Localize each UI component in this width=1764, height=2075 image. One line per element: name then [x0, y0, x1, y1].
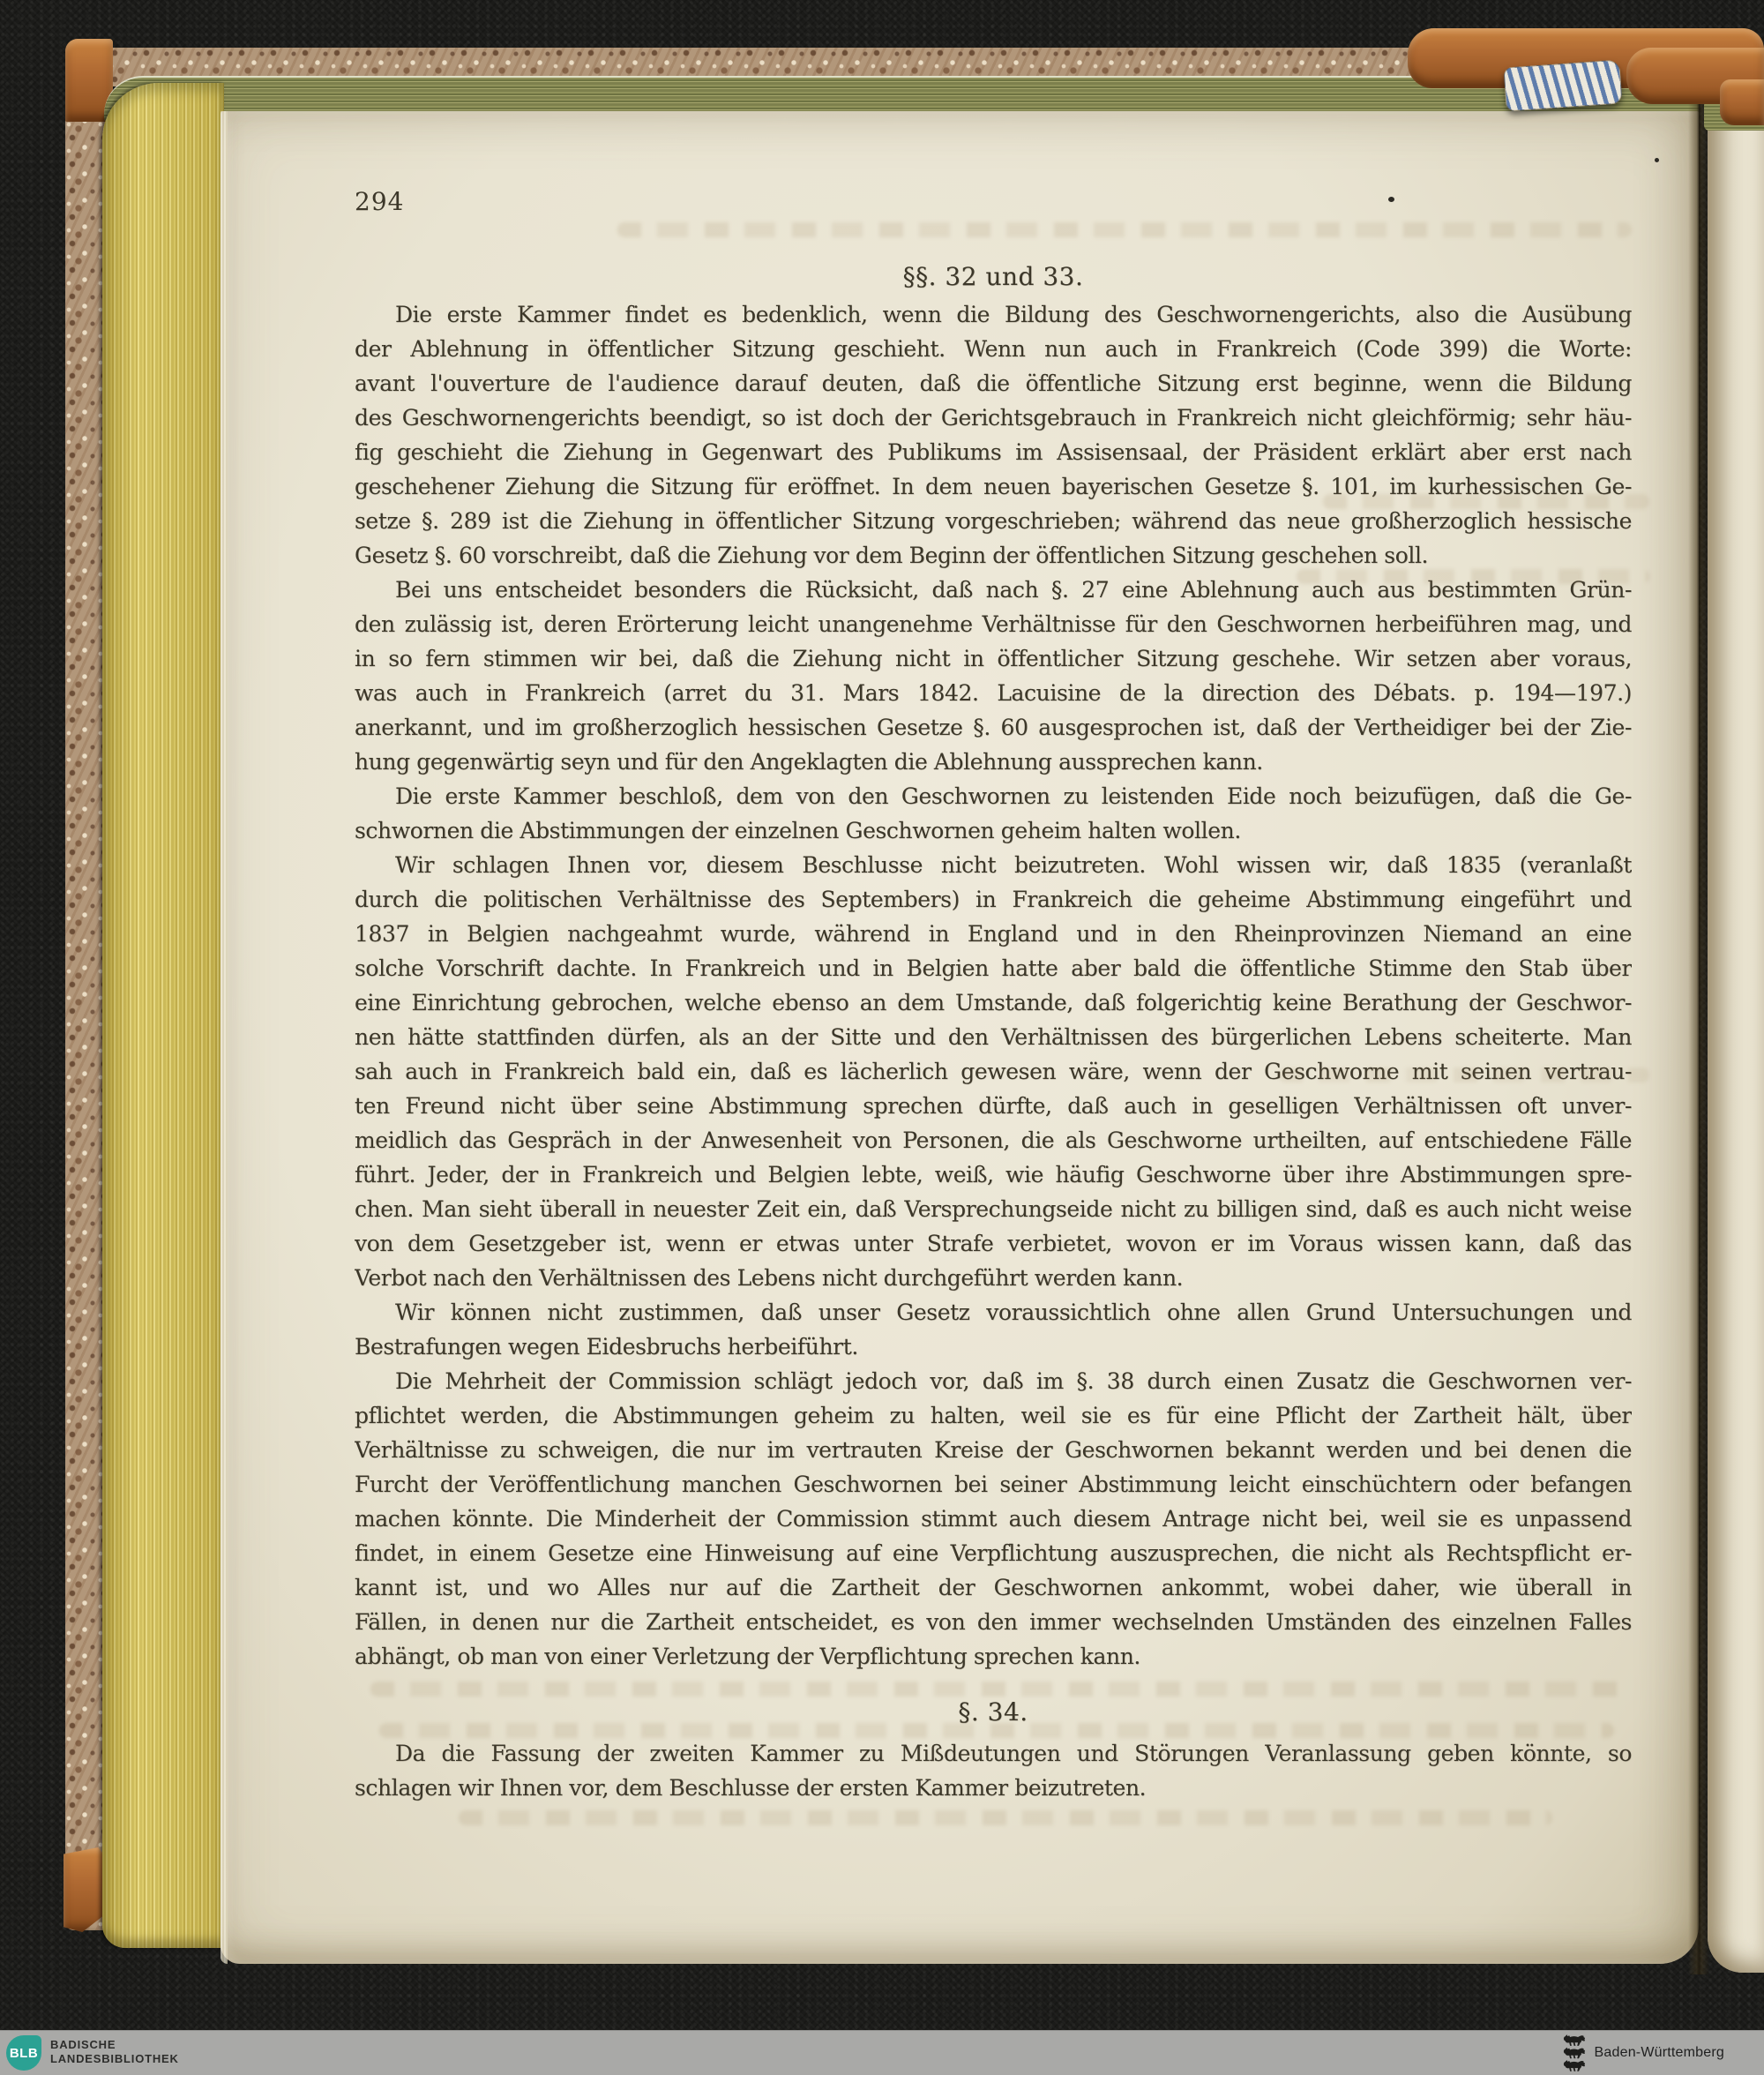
page-number: 294	[355, 187, 404, 216]
book-block-fore-edge	[102, 83, 224, 1948]
state-label: Baden-Württemberg	[1595, 2045, 1724, 2061]
text-line: Gesetz §. 60 vorschreibt, daß die Ziehun…	[355, 538, 1632, 573]
text-line: Die Mehrheit der Commission schlägt jedo…	[355, 1364, 1632, 1398]
library-name-line1: BADISCHE	[50, 2038, 179, 2052]
library-footer-bar: BLB BADISCHE LANDESBIBLIOTHEK Baden-Würt…	[0, 2030, 1764, 2075]
text-line: pflichtet werden, die Abstimmungen gehei…	[355, 1398, 1632, 1433]
scanned-book-view: 294 §§. 32 und 33.Die erste Kammer finde…	[0, 0, 1764, 2075]
text-line: Fällen, in denen nur die Zartheit entsch…	[355, 1605, 1632, 1639]
text-block: §§. 32 und 33.Die erste Kammer findet es…	[355, 259, 1632, 1805]
text-line: durch die politischen Verhältnisse des S…	[355, 882, 1632, 917]
library-name: BADISCHE LANDESBIBLIOTHEK	[50, 2038, 179, 2066]
text-line: Wir können nicht zustimmen, daß unser Ge…	[355, 1295, 1632, 1330]
dust-speck	[1655, 158, 1659, 162]
text-line: avant l'ouverture de l'audience darauf d…	[355, 366, 1632, 401]
text-line: abhängt, ob man von einer Verletzung der…	[355, 1639, 1632, 1674]
text-line: schlagen wir Ihnen vor, dem Beschlusse d…	[355, 1771, 1632, 1805]
text-line: Bestrafungen wegen Eidesbruchs herbeifüh…	[355, 1330, 1632, 1364]
text-line: fig geschieht die Ziehung in Gegenwart d…	[355, 435, 1632, 469]
text-line: Bei uns entscheidet besonders die Rücksi…	[355, 573, 1632, 607]
text-line: in so fern stimmen wir bei, daß die Zieh…	[355, 641, 1632, 676]
state-logo-group: Baden-Württemberg	[1563, 2034, 1724, 2072]
page-gutter	[1688, 95, 1709, 1974]
facing-page-sliver	[1708, 97, 1764, 1973]
text-line: des Geschwornengerichts beendigt, so ist…	[355, 401, 1632, 435]
text-line: kannt ist, und wo Alles nur auf die Zart…	[355, 1570, 1632, 1605]
text-line: nen hätte stattfinden dürfen, als an der…	[355, 1020, 1632, 1054]
text-line: findet, in einem Gesetze eine Hinweisung…	[355, 1536, 1632, 1570]
text-line: 1837 in Belgien nachgeahmt wurde, währen…	[355, 917, 1632, 951]
text-line: machen könnte. Die Minderheit der Commis…	[355, 1502, 1632, 1536]
text-line: geschehener Ziehung die Sitzung für eröf…	[355, 469, 1632, 504]
text-line: eine Einrichtung gebrochen, welche ebens…	[355, 985, 1632, 1020]
dust-speck	[1388, 197, 1394, 202]
leather-spine-corner	[1720, 79, 1764, 125]
text-line: was auch in Frankreich (arret du 31. Mar…	[355, 676, 1632, 710]
book-page: 294 §§. 32 und 33.Die erste Kammer finde…	[220, 111, 1699, 1964]
section-heading: §§. 32 und 33.	[355, 259, 1632, 294]
library-name-line2: LANDESBIBLIOTHEK	[50, 2052, 179, 2066]
section-heading: §. 34.	[355, 1695, 1632, 1729]
text-line: Furcht der Veröffentlichung manchen Gesc…	[355, 1467, 1632, 1502]
text-line: solche Vorschrift dachte. In Frankreich …	[355, 951, 1632, 985]
blb-logo: BLB	[6, 2035, 41, 2071]
text-line: von dem Gesetzgeber ist, wenn er etwas u…	[355, 1226, 1632, 1261]
text-line: ten Freund nicht über seine Abstimmung s…	[355, 1089, 1632, 1123]
headband	[1503, 59, 1622, 111]
text-line: Verhältnisse zu schweigen, die nur im ve…	[355, 1433, 1632, 1467]
text-line: meidlich das Gespräch in der Anwesenheit…	[355, 1123, 1632, 1157]
text-line: Wir schlagen Ihnen vor, diesem Beschluss…	[355, 848, 1632, 882]
text-line: anerkannt, und im großherzoglich hessisc…	[355, 710, 1632, 745]
text-line: Da die Fassung der zweiten Kammer zu Miß…	[355, 1736, 1632, 1771]
text-line: sah auch in Frankreich bald ein, daß es …	[355, 1054, 1632, 1089]
text-line: führt. Jeder, der in Frankreich und Belg…	[355, 1157, 1632, 1192]
text-line: Verbot nach den Verhältnissen des Lebens…	[355, 1261, 1632, 1295]
text-line: hung gegenwärtig seyn und für den Angekl…	[355, 745, 1632, 779]
text-line: den zulässig ist, deren Erörterung leich…	[355, 607, 1632, 641]
baden-wuerttemberg-lions-icon	[1563, 2034, 1587, 2072]
text-line: chen. Man sieht überall in neuester Zeit…	[355, 1192, 1632, 1226]
text-line: Die erste Kammer beschloß, dem von den G…	[355, 779, 1632, 813]
text-line: Die erste Kammer findet es bedenklich, w…	[355, 297, 1632, 332]
text-line: der Ablehnung in öffentlicher Sitzung ge…	[355, 332, 1632, 366]
text-line: setze §. 289 ist die Ziehung in öffentli…	[355, 504, 1632, 538]
text-line: schwornen die Abstimmungen der einzelnen…	[355, 813, 1632, 848]
